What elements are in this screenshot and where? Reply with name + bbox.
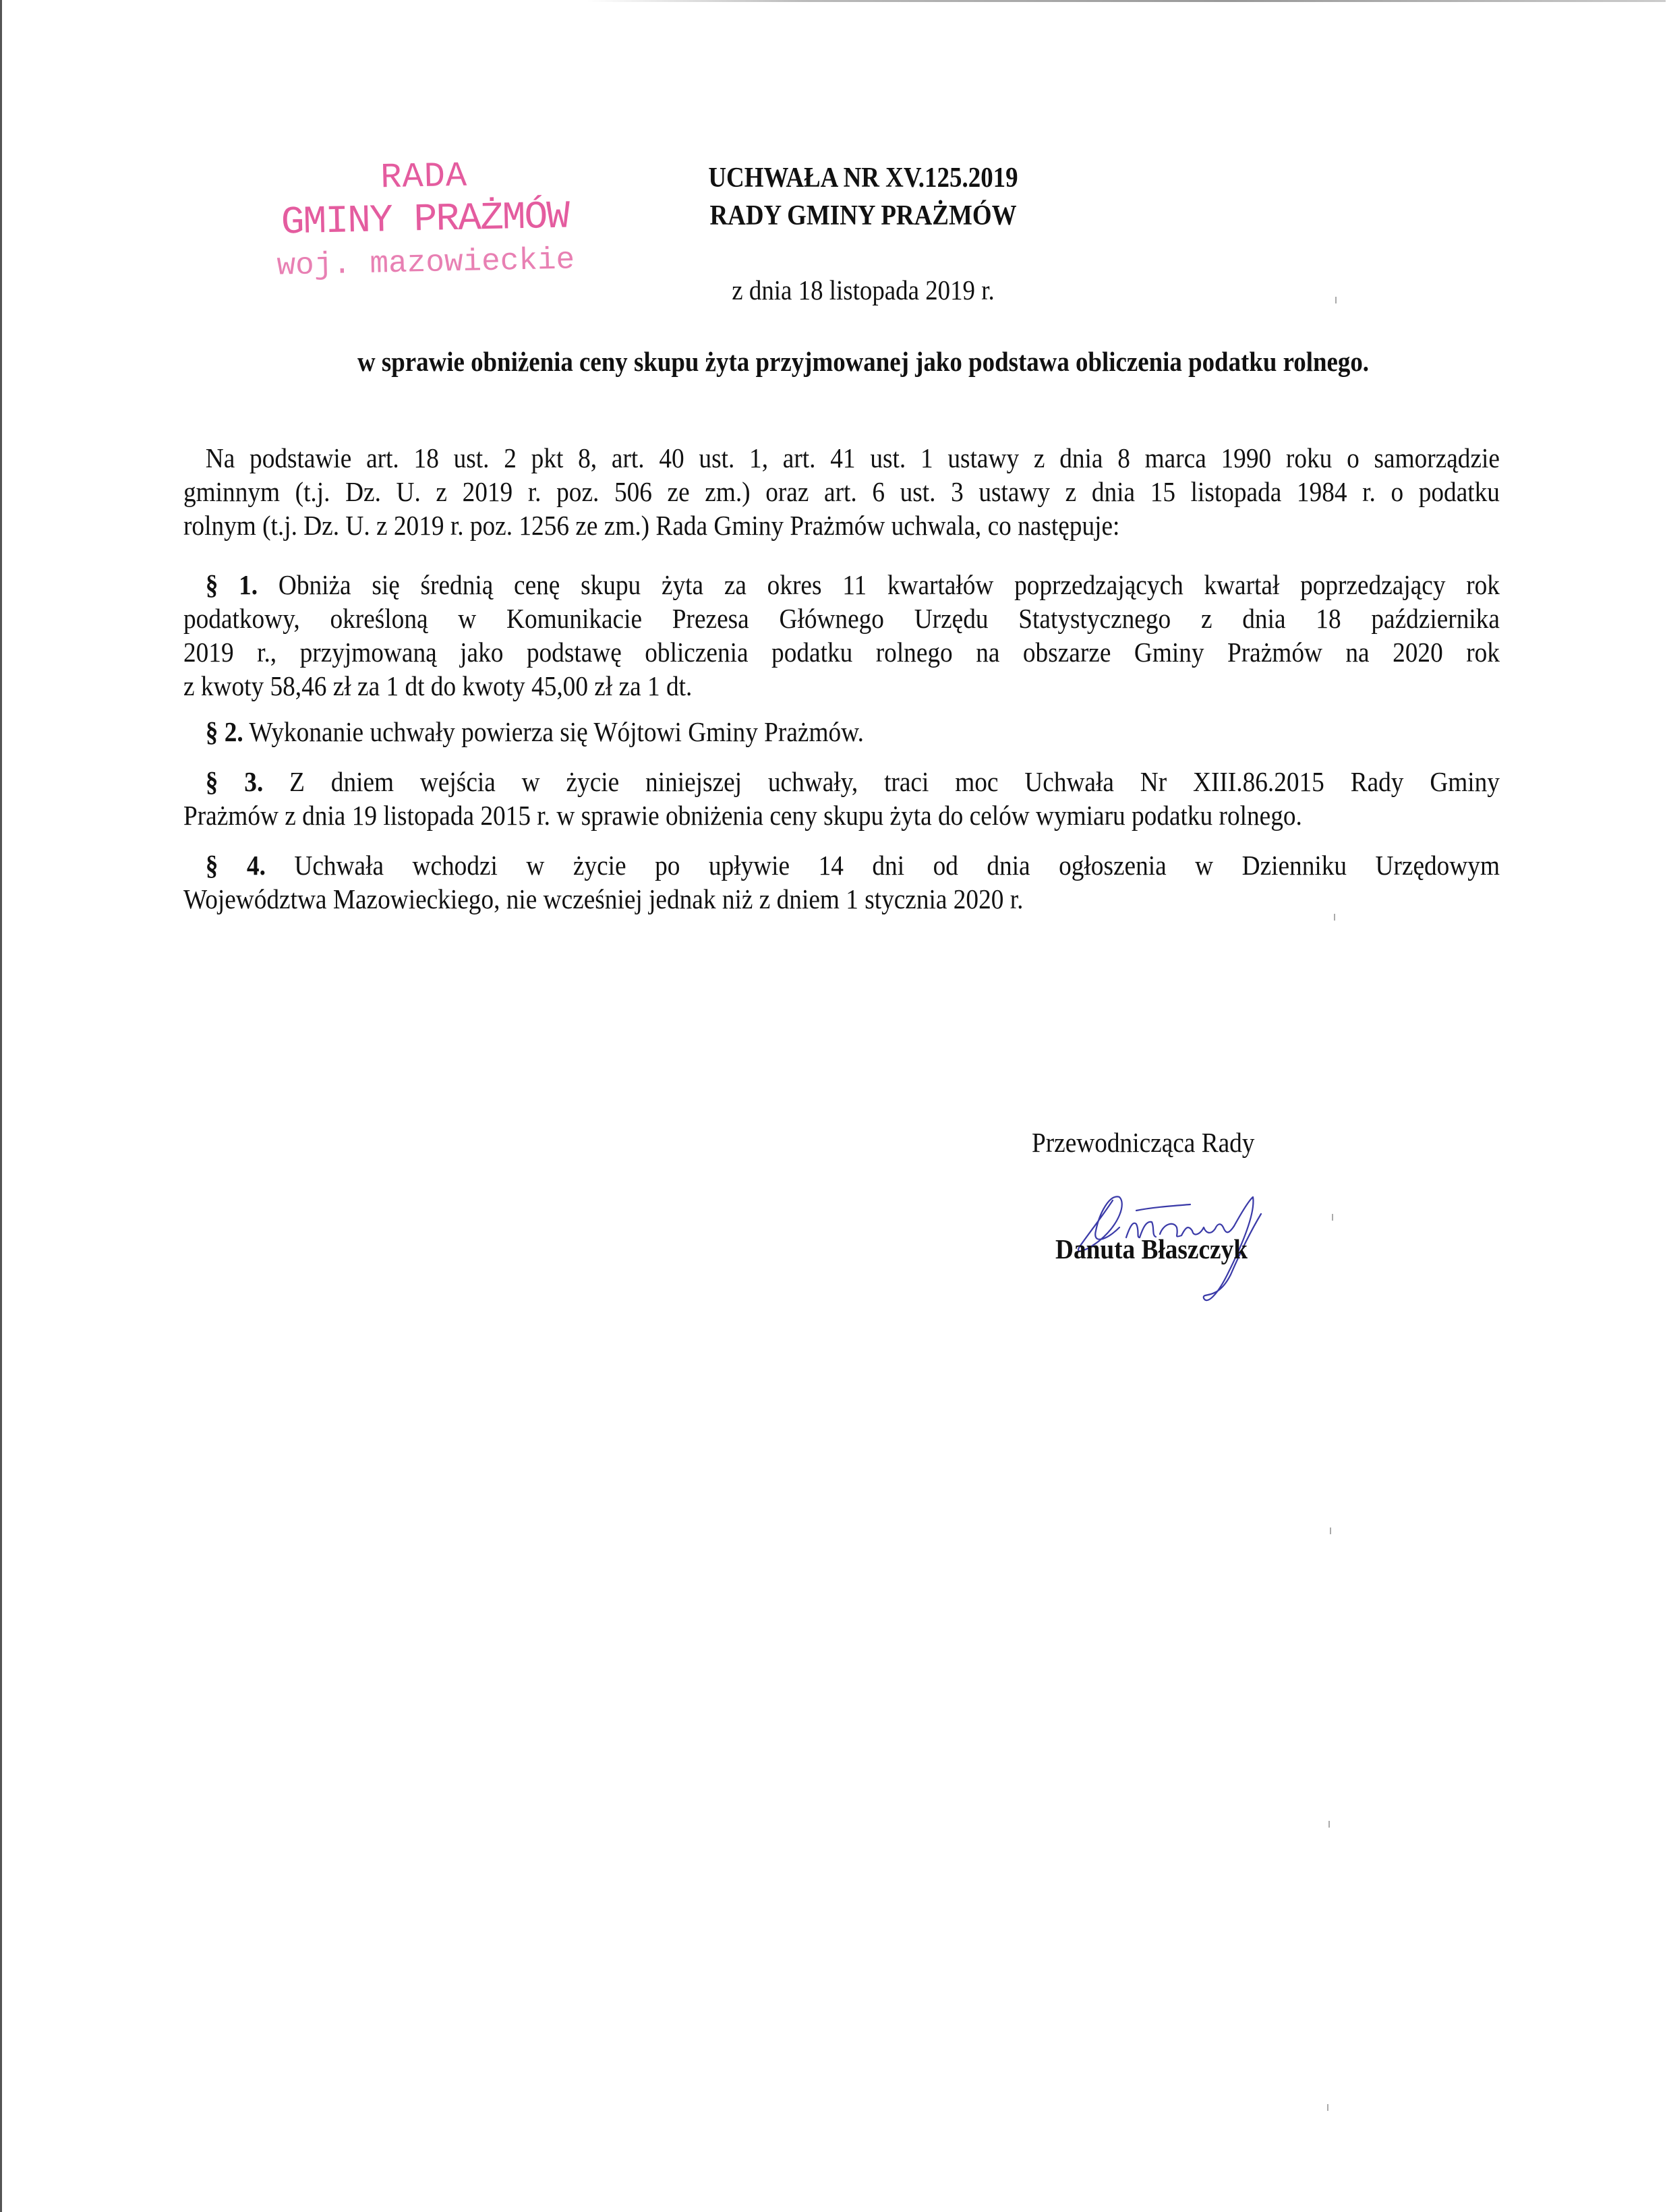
section-1: § 1. Obniża się średnią cenę skupu żyta … xyxy=(183,568,1498,703)
resolution-issuer: RADY GMINY PRAŻMÓW xyxy=(673,200,1053,232)
scan-mark xyxy=(1328,1821,1330,1828)
section-text: z kwoty 58,46 zł za 1 dt do kwoty 45,00 … xyxy=(183,669,1500,703)
section-label: § 2. xyxy=(206,716,243,747)
signatory-name: Danuta Błaszczyk xyxy=(1055,1233,1248,1265)
section-text: Z dniem wejścia w życie niniejszej uchwa… xyxy=(289,766,1500,797)
section-4: § 4. Uchwała wchodzi w życie po upływie … xyxy=(183,848,1498,916)
section-label: § 4. xyxy=(206,850,266,881)
section-text: podatkowy, określoną w Komunikacie Preze… xyxy=(183,602,1500,635)
scan-mark xyxy=(1335,297,1337,303)
section-text: Obniża się średnią cenę skupu żyta za ok… xyxy=(279,569,1500,600)
section-label: § 3. xyxy=(206,766,264,797)
resolution-title: UCHWAŁA NR XV.125.2019 xyxy=(673,162,1053,194)
scan-mark xyxy=(1332,1214,1333,1221)
signatory-title: Przewodnicząca Rady xyxy=(1032,1126,1254,1159)
section-text: Województwa Mazowieckiego, nie wcześniej… xyxy=(183,882,1500,916)
section-text: Wykonanie uchwały powierza się Wójtowi G… xyxy=(249,716,864,747)
section-3: § 3. Z dniem wejścia w życie niniejszej … xyxy=(183,765,1498,832)
section-text: Prażmów z dnia 19 listopada 2015 r. w sp… xyxy=(183,798,1500,832)
preamble-line: gminnym (t.j. Dz. U. z 2019 r. poz. 506 … xyxy=(183,475,1500,508)
scan-mark xyxy=(1327,2104,1328,2111)
preamble: Na podstawie art. 18 ust. 2 pkt 8, art. … xyxy=(183,441,1498,542)
section-2: § 2. Wykonanie uchwały powierza się Wójt… xyxy=(183,715,1498,749)
preamble-line: rolnym (t.j. Dz. U. z 2019 r. poz. 1256 … xyxy=(183,508,1500,542)
scan-edge-top xyxy=(587,0,1666,2)
scan-edge-left xyxy=(0,0,2,2212)
scan-mark xyxy=(1330,1527,1331,1534)
stamp-line-2: GMINY PRAŻMÓW xyxy=(222,194,627,248)
council-stamp: RADA GMINY PRAŻMÓW woj. mazowieckie xyxy=(221,152,628,287)
resolution-subject: w sprawie obniżenia ceny skupu żyta przy… xyxy=(268,345,1458,378)
preamble-line: Na podstawie art. 18 ust. 2 pkt 8, art. … xyxy=(183,441,1500,475)
stamp-line-3: woj. mazowieckie xyxy=(223,240,628,287)
scan-mark xyxy=(1334,914,1335,921)
section-text: 2019 r., przyjmowaną jako podstawę oblic… xyxy=(183,635,1500,669)
section-label: § 1. xyxy=(206,569,258,600)
section-text: Uchwała wchodzi w życie po upływie 14 dn… xyxy=(294,850,1500,881)
resolution-date: z dnia 18 listopada 2019 r. xyxy=(669,274,1057,306)
